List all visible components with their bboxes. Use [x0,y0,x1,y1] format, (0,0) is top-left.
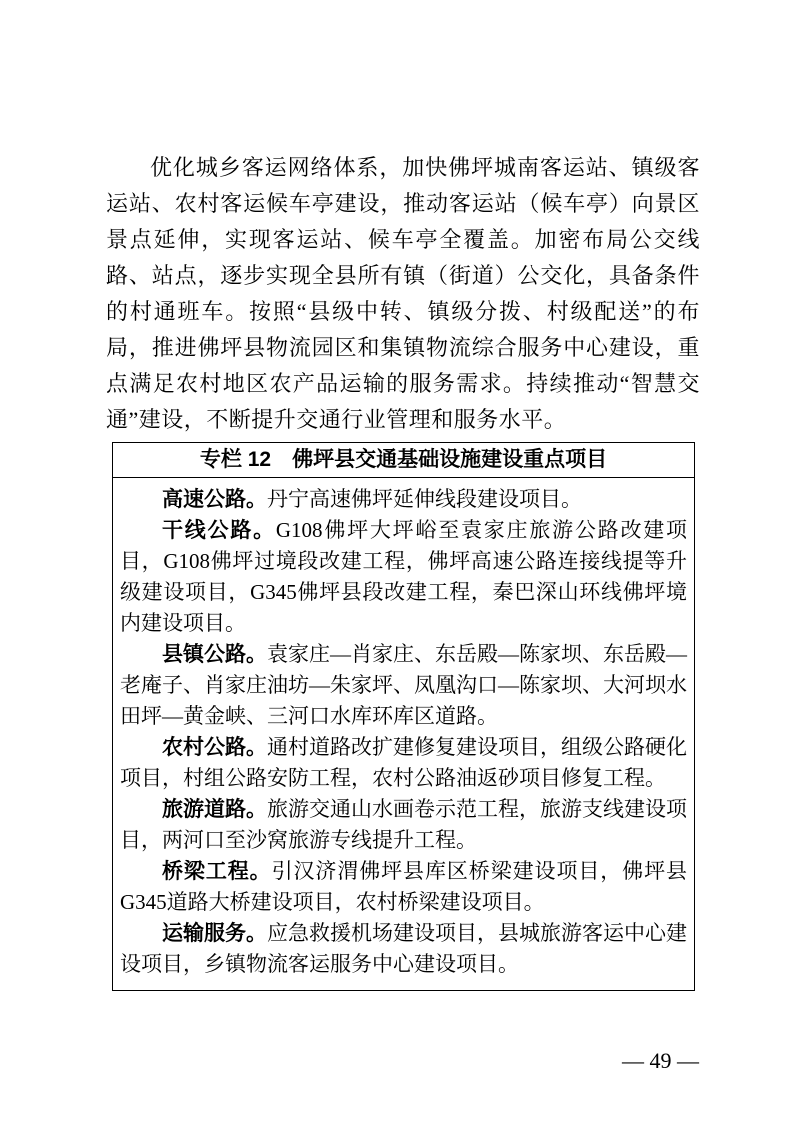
document-page: { "body_paragraph": "优化城乡客运网络体系，加快佛坪城南客运… [0,0,793,1122]
project-box: 专栏 12 佛坪县交通基础设施建设重点项目 高速公路。丹宁高速佛坪延伸线段建设项… [112,442,695,991]
project-item-label: 桥梁工程。 [162,860,272,883]
project-item-rural-road: 农村公路。通村道路改扩建修复建设项目，组级公路硬化项目，村组公路安防工程，农村公… [120,732,687,794]
page-number: — 49 — [622,1048,699,1074]
project-item-bridge-works: 桥梁工程。引汉济渭佛坪县库区桥梁建设项目，佛坪县G345道路大桥建设项目，农村桥… [120,856,687,918]
project-item-label: 旅游道路。 [162,798,267,821]
project-item-label: 运输服务。 [162,922,267,945]
body-paragraph: 优化城乡客运网络体系，加快佛坪城南客运站、镇级客运站、农村客运候车亭建设，推动客… [106,150,700,438]
project-item-tourism-road: 旅游道路。旅游交通山水画卷示范工程，旅游支线建设项目，两河口至沙窝旅游专线提升工… [120,794,687,856]
project-item-label: 农村公路。 [162,736,267,759]
project-item-transport-service: 运输服务。应急救援机场建设项目，县城旅游客运中心建设项目，乡镇物流客运服务中心建… [120,918,687,980]
project-item-text: 丹宁高速佛坪延伸线段建设项目。 [267,487,582,511]
project-box-title: 专栏 12 佛坪县交通基础设施建设重点项目 [113,443,694,478]
project-item-label: 高速公路。 [162,488,267,511]
project-item-label: 县镇公路。 [162,643,267,666]
text-column: 优化城乡客运网络体系，加快佛坪城南客运站、镇级客运站、农村客运候车亭建设，推动客… [106,150,700,991]
project-item-expressway: 高速公路。丹宁高速佛坪延伸线段建设项目。 [120,484,687,515]
project-item-label: 干线公路。 [162,519,276,542]
project-item-trunk-road: 干线公路。G108佛坪大坪峪至袁家庄旅游公路改建项目，G108佛坪过境段改建工程… [120,515,687,639]
project-box-body: 高速公路。丹宁高速佛坪延伸线段建设项目。 干线公路。G108佛坪大坪峪至袁家庄旅… [113,478,694,990]
project-item-county-town-road: 县镇公路。袁家庄—肖家庄、东岳殿—陈家坝、东岳殿—老庵子、肖家庄油坊—朱家坪、凤… [120,639,687,732]
